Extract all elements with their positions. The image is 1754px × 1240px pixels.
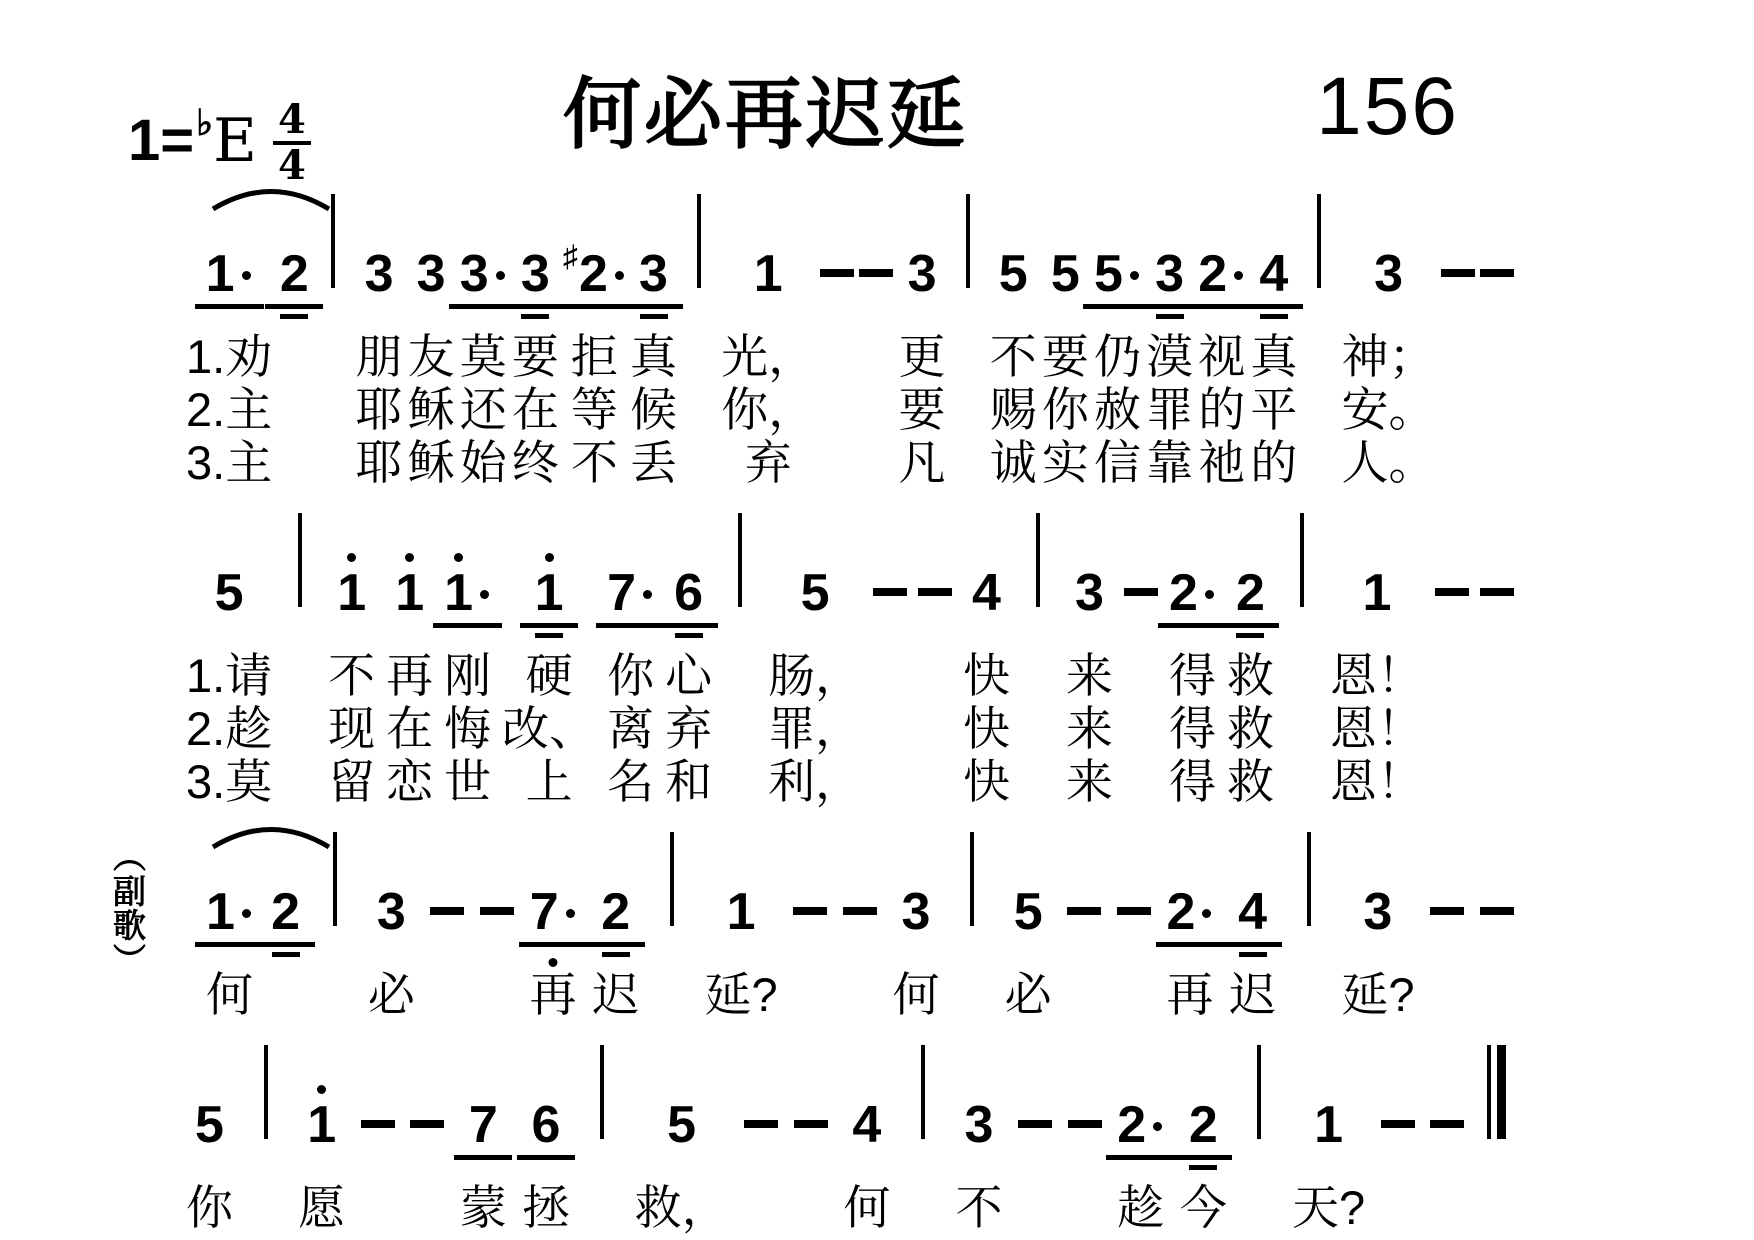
lyric-syllable (760, 1181, 762, 1234)
lyric-syllable (1034, 1181, 1036, 1234)
music-cell: 2 (1167, 834, 1214, 968)
lyric-syllable: 弃 (664, 702, 713, 755)
music-column: 2 (276, 196, 312, 489)
music-system: ︵副歌︶1何23必7再2迟1延?3何5必2再4迟3延? (185, 834, 1525, 1021)
music-column (1440, 196, 1476, 489)
note: 1 (1362, 567, 1391, 619)
lyric-syllable: 始 (459, 436, 508, 489)
music-column: 5你 (185, 1047, 234, 1234)
note-digit: 6 (674, 567, 703, 619)
lyric-syllable (875, 383, 877, 436)
music-column: 1恩！恩！恩！ (1329, 515, 1425, 808)
note: 2 (1189, 1099, 1218, 1151)
lyric-syllable (1496, 968, 1498, 1021)
note-digit: 2 (1167, 886, 1196, 938)
lyric-syllable: 必 (1004, 968, 1053, 1021)
note: 7 (530, 886, 577, 938)
note-digit-wrap: 5 (215, 567, 244, 619)
music-cell: 1 (723, 834, 759, 968)
note-digit: 5 (999, 248, 1028, 300)
lyric-syllable (293, 383, 295, 436)
lyric-syllable: 丢 (629, 436, 678, 489)
lyric-syllable (809, 968, 811, 1021)
lyric-syllable (967, 436, 969, 489)
music-column (360, 1047, 396, 1234)
music-cell: 2 (598, 834, 634, 968)
note-digit-wrap: 2 (579, 248, 608, 300)
lyric-syllable: 拯 (521, 1181, 570, 1234)
lyric-syllable: 心 (664, 649, 713, 702)
lyric-syllable: 来 (1065, 755, 1114, 808)
note-digit-wrap: 2 (280, 248, 309, 300)
beam-line-2 (1156, 314, 1184, 319)
note-digit-wrap: 2 (1198, 248, 1227, 300)
note-digit-wrap: 3 (365, 248, 394, 300)
note-digit-wrap: 5 (1014, 886, 1043, 938)
music-cell: 1 (334, 515, 370, 649)
lyric-syllable: 恩！ (1329, 755, 1425, 808)
lyric-syllable (1496, 1181, 1498, 1234)
note: 3 (901, 886, 930, 938)
note-digit-wrap: 3 (965, 1099, 994, 1151)
lyric-syllable: 现 (327, 702, 376, 755)
lyric-syllable: 刚 (443, 649, 492, 702)
lyric-syllable: 你 (1041, 383, 1090, 436)
music-cell (1479, 834, 1515, 968)
chorus-label-char: 歌 (113, 909, 146, 944)
lyric-syllable: 祂 (1197, 436, 1246, 489)
music-cell: 2 (276, 196, 312, 330)
duration-dot (615, 271, 624, 280)
music-cell: 4 (1235, 834, 1271, 968)
barline (298, 513, 302, 607)
beam-line-2 (1239, 952, 1267, 957)
lyric-syllable (1308, 968, 1310, 1021)
final-barline-thick (1497, 1045, 1506, 1139)
held-note-dash (1480, 588, 1514, 596)
lyric-syllable: 离 (606, 702, 655, 755)
note: 1 (307, 1085, 336, 1151)
lyric-syllable: 更 (898, 330, 947, 383)
music-column: 1何 (205, 834, 254, 1021)
beam-line (517, 1155, 575, 1160)
music-cell (1291, 834, 1327, 968)
music-cell (1479, 1047, 1515, 1181)
beam-line (520, 623, 578, 628)
lyric-syllable (698, 330, 700, 383)
lyric-syllable: 和 (664, 755, 713, 808)
music-cell: 5 (211, 515, 247, 649)
lyric-syllable: 何 (205, 968, 254, 1021)
lyric-syllable (889, 755, 891, 808)
lyric-syllable (934, 702, 936, 755)
note: 5 (1094, 248, 1141, 300)
beam-line (1158, 623, 1227, 628)
lyric-syllable: 何 (891, 968, 940, 1021)
music-column (1429, 834, 1465, 1021)
barline (331, 194, 335, 288)
beam-line (519, 942, 588, 947)
music-column (1301, 196, 1337, 489)
music-cell: 3 (413, 196, 449, 330)
music-column: 51.请2.趁3.莫 (185, 515, 273, 808)
note-digit: 3 (639, 248, 668, 300)
lyric-syllable: 改、 (501, 702, 597, 755)
lyric-syllable: 诚 (989, 436, 1038, 489)
note: 4 (1238, 886, 1267, 938)
lyric-syllable: 救， (634, 1181, 730, 1234)
note-columns: 11.劝2.主3.主23朋耶耶3友稣稣3莫还始3要在终♯2拒等不3真候丢1光，你… (185, 196, 1515, 489)
music-cell (1123, 515, 1159, 649)
music-cell: 3 (1071, 515, 1107, 649)
music-column (954, 834, 990, 1021)
lyric-syllable (698, 383, 700, 436)
note-digit: 2 (1198, 248, 1227, 300)
note: 5 (999, 248, 1028, 300)
music-cell (1440, 196, 1476, 330)
lyric-syllable: 你 (185, 1181, 234, 1234)
duration-dot (242, 909, 251, 918)
music-column (819, 196, 855, 489)
music-cell (743, 1047, 779, 1181)
music-column: 1天? (1291, 1047, 1366, 1234)
note-digit: 1 (206, 248, 235, 300)
lyric-syllable (1451, 649, 1453, 702)
lyric-syllable: 真 (1249, 330, 1298, 383)
lyric-syllable: 快 (962, 755, 1011, 808)
note-digit-wrap: 7 (530, 886, 559, 938)
music-cell: 3 (961, 1047, 997, 1181)
note-digit: 3 (365, 248, 394, 300)
lyric-syllable: 1.劝 (185, 330, 273, 383)
lyric-syllable: 留 (327, 755, 376, 808)
held-note-dash (859, 269, 893, 277)
music-column: ♯2拒等不 (563, 196, 626, 489)
note-digit: 3 (901, 886, 930, 938)
note: 2 (1236, 567, 1265, 619)
duration-dot (480, 590, 489, 599)
note: 6 (674, 567, 703, 619)
music-cell: 6 (528, 1047, 564, 1181)
barline (966, 194, 970, 288)
barline (264, 1045, 268, 1139)
lyric-syllable (1397, 1181, 1399, 1234)
music-column (654, 834, 690, 1021)
music-column: 5肠，罪，利， (767, 515, 863, 808)
beam-line (433, 623, 502, 628)
held-note-dash (410, 1120, 444, 1128)
lyric-syllable (1301, 702, 1303, 755)
lyric-syllable: 仍 (1093, 330, 1142, 383)
final-barline-thin (1487, 1045, 1491, 1139)
octave-dot-high (347, 553, 356, 562)
music-column (409, 1047, 445, 1234)
note-digit: 5 (667, 1099, 696, 1151)
lyric-syllable (299, 702, 301, 755)
note: 4 (1259, 248, 1288, 300)
lyric-syllable: 等 (570, 383, 619, 436)
lyric-syllable: 要 (898, 383, 947, 436)
beam-line (454, 1155, 512, 1160)
lyric-syllable: 何 (842, 1181, 891, 1234)
music-cell (409, 1047, 445, 1181)
note-digit: 1 (337, 567, 366, 619)
note-digit: 2 (1169, 567, 1198, 619)
music-cell (1067, 1047, 1103, 1181)
barline (970, 832, 974, 926)
music-column (1067, 1047, 1103, 1234)
lyric-syllable: 拒 (570, 330, 619, 383)
octave-dot-high (405, 553, 414, 562)
lyric-syllable: 恩！ (1329, 702, 1425, 755)
music-cell: 2 (1169, 515, 1216, 649)
music-cell (248, 1047, 284, 1181)
lyric-syllable: 快 (962, 702, 1011, 755)
lyric-syllable: 耶 (355, 383, 404, 436)
lyric-syllable (698, 436, 700, 489)
lyric-syllable: 不 (327, 649, 376, 702)
note-digit-wrap: 2 (271, 886, 300, 938)
held-note-dash (843, 907, 877, 915)
note-digit-wrap: 1 (754, 248, 783, 300)
duration-dot (1205, 590, 1214, 599)
music-cell (1301, 196, 1337, 330)
note-digit: 3 (965, 1099, 994, 1151)
music-column (1284, 515, 1320, 808)
note-digit-wrap: 3 (460, 248, 489, 300)
note: 2 (1167, 886, 1214, 938)
music-cell (1434, 515, 1470, 649)
music-cell: 2 (1185, 1047, 1221, 1181)
music-cell (905, 1047, 941, 1181)
note-digit-wrap: 2 (1117, 1099, 1146, 1151)
lyric-syllable (446, 968, 448, 1021)
note-digit: 1 (395, 567, 424, 619)
octave-dot-high (454, 553, 463, 562)
note: 5 (667, 1099, 696, 1151)
note: 1 (337, 553, 366, 619)
note-digit: 2 (1117, 1099, 1146, 1151)
held-note-dash (430, 907, 464, 915)
note-digit-wrap: 1 (395, 553, 424, 619)
music-cell (819, 196, 855, 330)
music-column (1017, 1047, 1053, 1234)
lyric-syllable (671, 968, 673, 1021)
music-cell (584, 1047, 620, 1181)
music-column: 1愿 (297, 1047, 346, 1234)
lyric-syllable: 的 (1249, 436, 1298, 489)
note-digit: 2 (579, 248, 608, 300)
lyric-syllable: 世 (443, 755, 492, 808)
lyric-syllable (934, 755, 936, 808)
note: 2 (271, 886, 300, 938)
lyric-syllable: 蒙 (459, 1181, 508, 1234)
music-column (1066, 834, 1102, 1021)
lyric-syllable: 再 (385, 649, 434, 702)
lyric-syllable (1140, 649, 1142, 702)
music-column (905, 1047, 941, 1234)
lyric-syllable (1496, 436, 1498, 489)
note-digit-wrap: 3 (639, 248, 668, 300)
music-cell: 2 (1232, 515, 1268, 649)
lyric-syllable: 肠， (767, 649, 863, 702)
lyric-syllable: 赐 (989, 383, 1038, 436)
lyric-syllable: 救 (1226, 649, 1275, 702)
lyric-syllable: 平 (1249, 383, 1298, 436)
lyric-syllable (739, 755, 741, 808)
beam-line-2 (1260, 314, 1288, 319)
note-digit: 5 (1094, 248, 1123, 300)
lyric-syllable (299, 649, 301, 702)
lyric-syllable: 候 (629, 383, 678, 436)
lyric-syllable (1496, 330, 1498, 383)
music-cell: 1 (750, 196, 786, 330)
lyric-syllable (1451, 702, 1453, 755)
music-cell: 3 (898, 834, 934, 968)
lyric-syllable (1083, 968, 1085, 1021)
music-cell: 7 (607, 515, 654, 649)
final-barline (1487, 1045, 1506, 1139)
music-column (1479, 1047, 1515, 1234)
note-digit-wrap: 1 (307, 1085, 336, 1151)
barline (1317, 194, 1321, 288)
note: 1 (754, 248, 783, 300)
music-cell (722, 515, 758, 649)
music-column: 5要你实 (1041, 196, 1090, 489)
note: 2 (280, 248, 309, 300)
music-column: 5救， (634, 1047, 730, 1234)
note: 2 (1169, 567, 1216, 619)
music-column (872, 515, 908, 808)
lyric-syllable: 2.趁 (185, 702, 273, 755)
music-column (842, 834, 878, 1021)
beam-line (587, 942, 645, 947)
time-signature-top: 4 (273, 100, 311, 145)
barline (738, 513, 742, 607)
lyric-syllable: 稣 (407, 436, 456, 489)
note-digit-wrap: 2 (1236, 567, 1265, 619)
music-cell (317, 834, 353, 968)
beam-line-2 (1189, 1165, 1217, 1170)
lyric-syllable: 来 (1065, 649, 1114, 702)
note-digit-wrap: 7 (607, 567, 636, 619)
lyric-syllable (934, 649, 936, 702)
note-digit: 1 (535, 567, 564, 619)
music-cell: 1 (206, 196, 253, 330)
note-digit-wrap: 1 (337, 553, 366, 619)
lyric-syllable: 友 (407, 330, 456, 383)
music-column (429, 834, 465, 1021)
lyric-syllable (1037, 755, 1039, 808)
duration-dot (1130, 271, 1139, 280)
note-digit-wrap: 3 (908, 248, 937, 300)
note-digit-wrap: 1 (206, 886, 235, 938)
music-cell: 6 (671, 515, 707, 649)
note: 3 (460, 248, 507, 300)
music-column (584, 1047, 620, 1234)
note-digit-wrap: 4 (852, 1099, 881, 1151)
note-digit-wrap: 5 (1094, 248, 1123, 300)
music-column: 2 (268, 834, 304, 1021)
note-digit: 3 (521, 248, 550, 300)
barline (670, 832, 674, 926)
lyric-syllable (293, 330, 295, 383)
lyric-syllable: 恋 (385, 755, 434, 808)
lyric-syllable (293, 436, 295, 489)
note-digit: 2 (1189, 1099, 1218, 1151)
lyric-syllable: 得 (1168, 649, 1217, 702)
music-column: 3更要凡 (898, 196, 947, 489)
note: 3 (365, 248, 394, 300)
music-column: 3友稣稣 (407, 196, 456, 489)
beam-line (1174, 1155, 1232, 1160)
note: 3 (1155, 248, 1184, 300)
lyric-syllable (1318, 383, 1320, 436)
note-digit-wrap: 7 (469, 1099, 498, 1151)
note: 3 (1374, 248, 1403, 300)
music-cell (793, 1047, 829, 1181)
lyric-syllable: 靠 (1145, 436, 1194, 489)
music-column: 1光，你，弃 (720, 196, 816, 489)
lyric-syllable (922, 1181, 924, 1234)
lyric-syllable: 要 (1041, 330, 1090, 383)
music-cell: 1 (206, 834, 253, 968)
music-system: 51.请2.趁3.莫1不现留1再在恋1刚悔世1硬改、上7你离名6心弃和5肠，罪，… (185, 515, 1525, 808)
music-cell (1380, 1047, 1416, 1181)
note-digit: 3 (908, 248, 937, 300)
note: 4 (852, 1099, 881, 1151)
music-cell (954, 834, 990, 968)
lyric-syllable (1496, 383, 1498, 436)
note: 1 (206, 886, 253, 938)
beam-line-2 (602, 952, 630, 957)
lyric-syllable (971, 968, 973, 1021)
music-column: 1刚悔世 (443, 515, 492, 808)
note-digit: 3 (460, 248, 489, 300)
held-note-dash (820, 269, 854, 277)
music-cell (1479, 196, 1515, 330)
lyric-syllable (1451, 755, 1453, 808)
time-signature: 4 4 (273, 100, 311, 186)
octave-dot-low (549, 958, 558, 967)
lyric-syllable (1084, 1181, 1086, 1234)
lyric-syllable (334, 968, 336, 1021)
lyric-syllable (859, 968, 861, 1021)
music-column (950, 196, 986, 489)
music-column: 3朋耶耶 (355, 196, 404, 489)
music-column: 2今 (1179, 1047, 1228, 1234)
key-prefix: 1= (128, 112, 194, 170)
music-column: 3来来来 (1065, 515, 1114, 808)
music-cell: 5 (1010, 834, 1046, 968)
lyric-syllable (1496, 649, 1498, 702)
music-column (1434, 515, 1470, 808)
lyric-syllable (836, 383, 838, 436)
note: 2 (601, 886, 630, 938)
lyric-syllable: 利， (767, 755, 863, 808)
note-digit-wrap: 1 (535, 553, 564, 619)
music-column (1241, 1047, 1277, 1234)
music-column: 11.劝2.主3.主 (185, 196, 273, 489)
note-digit: 1 (754, 248, 783, 300)
music-column (317, 834, 353, 1021)
note-digit: 3 (417, 248, 446, 300)
music-column: 3真候丢 (629, 196, 678, 489)
note-digit: 1 (307, 1099, 336, 1151)
lyric-syllable (299, 755, 301, 808)
beam-line (1106, 1155, 1175, 1160)
music-column: 2救救救 (1226, 515, 1275, 808)
